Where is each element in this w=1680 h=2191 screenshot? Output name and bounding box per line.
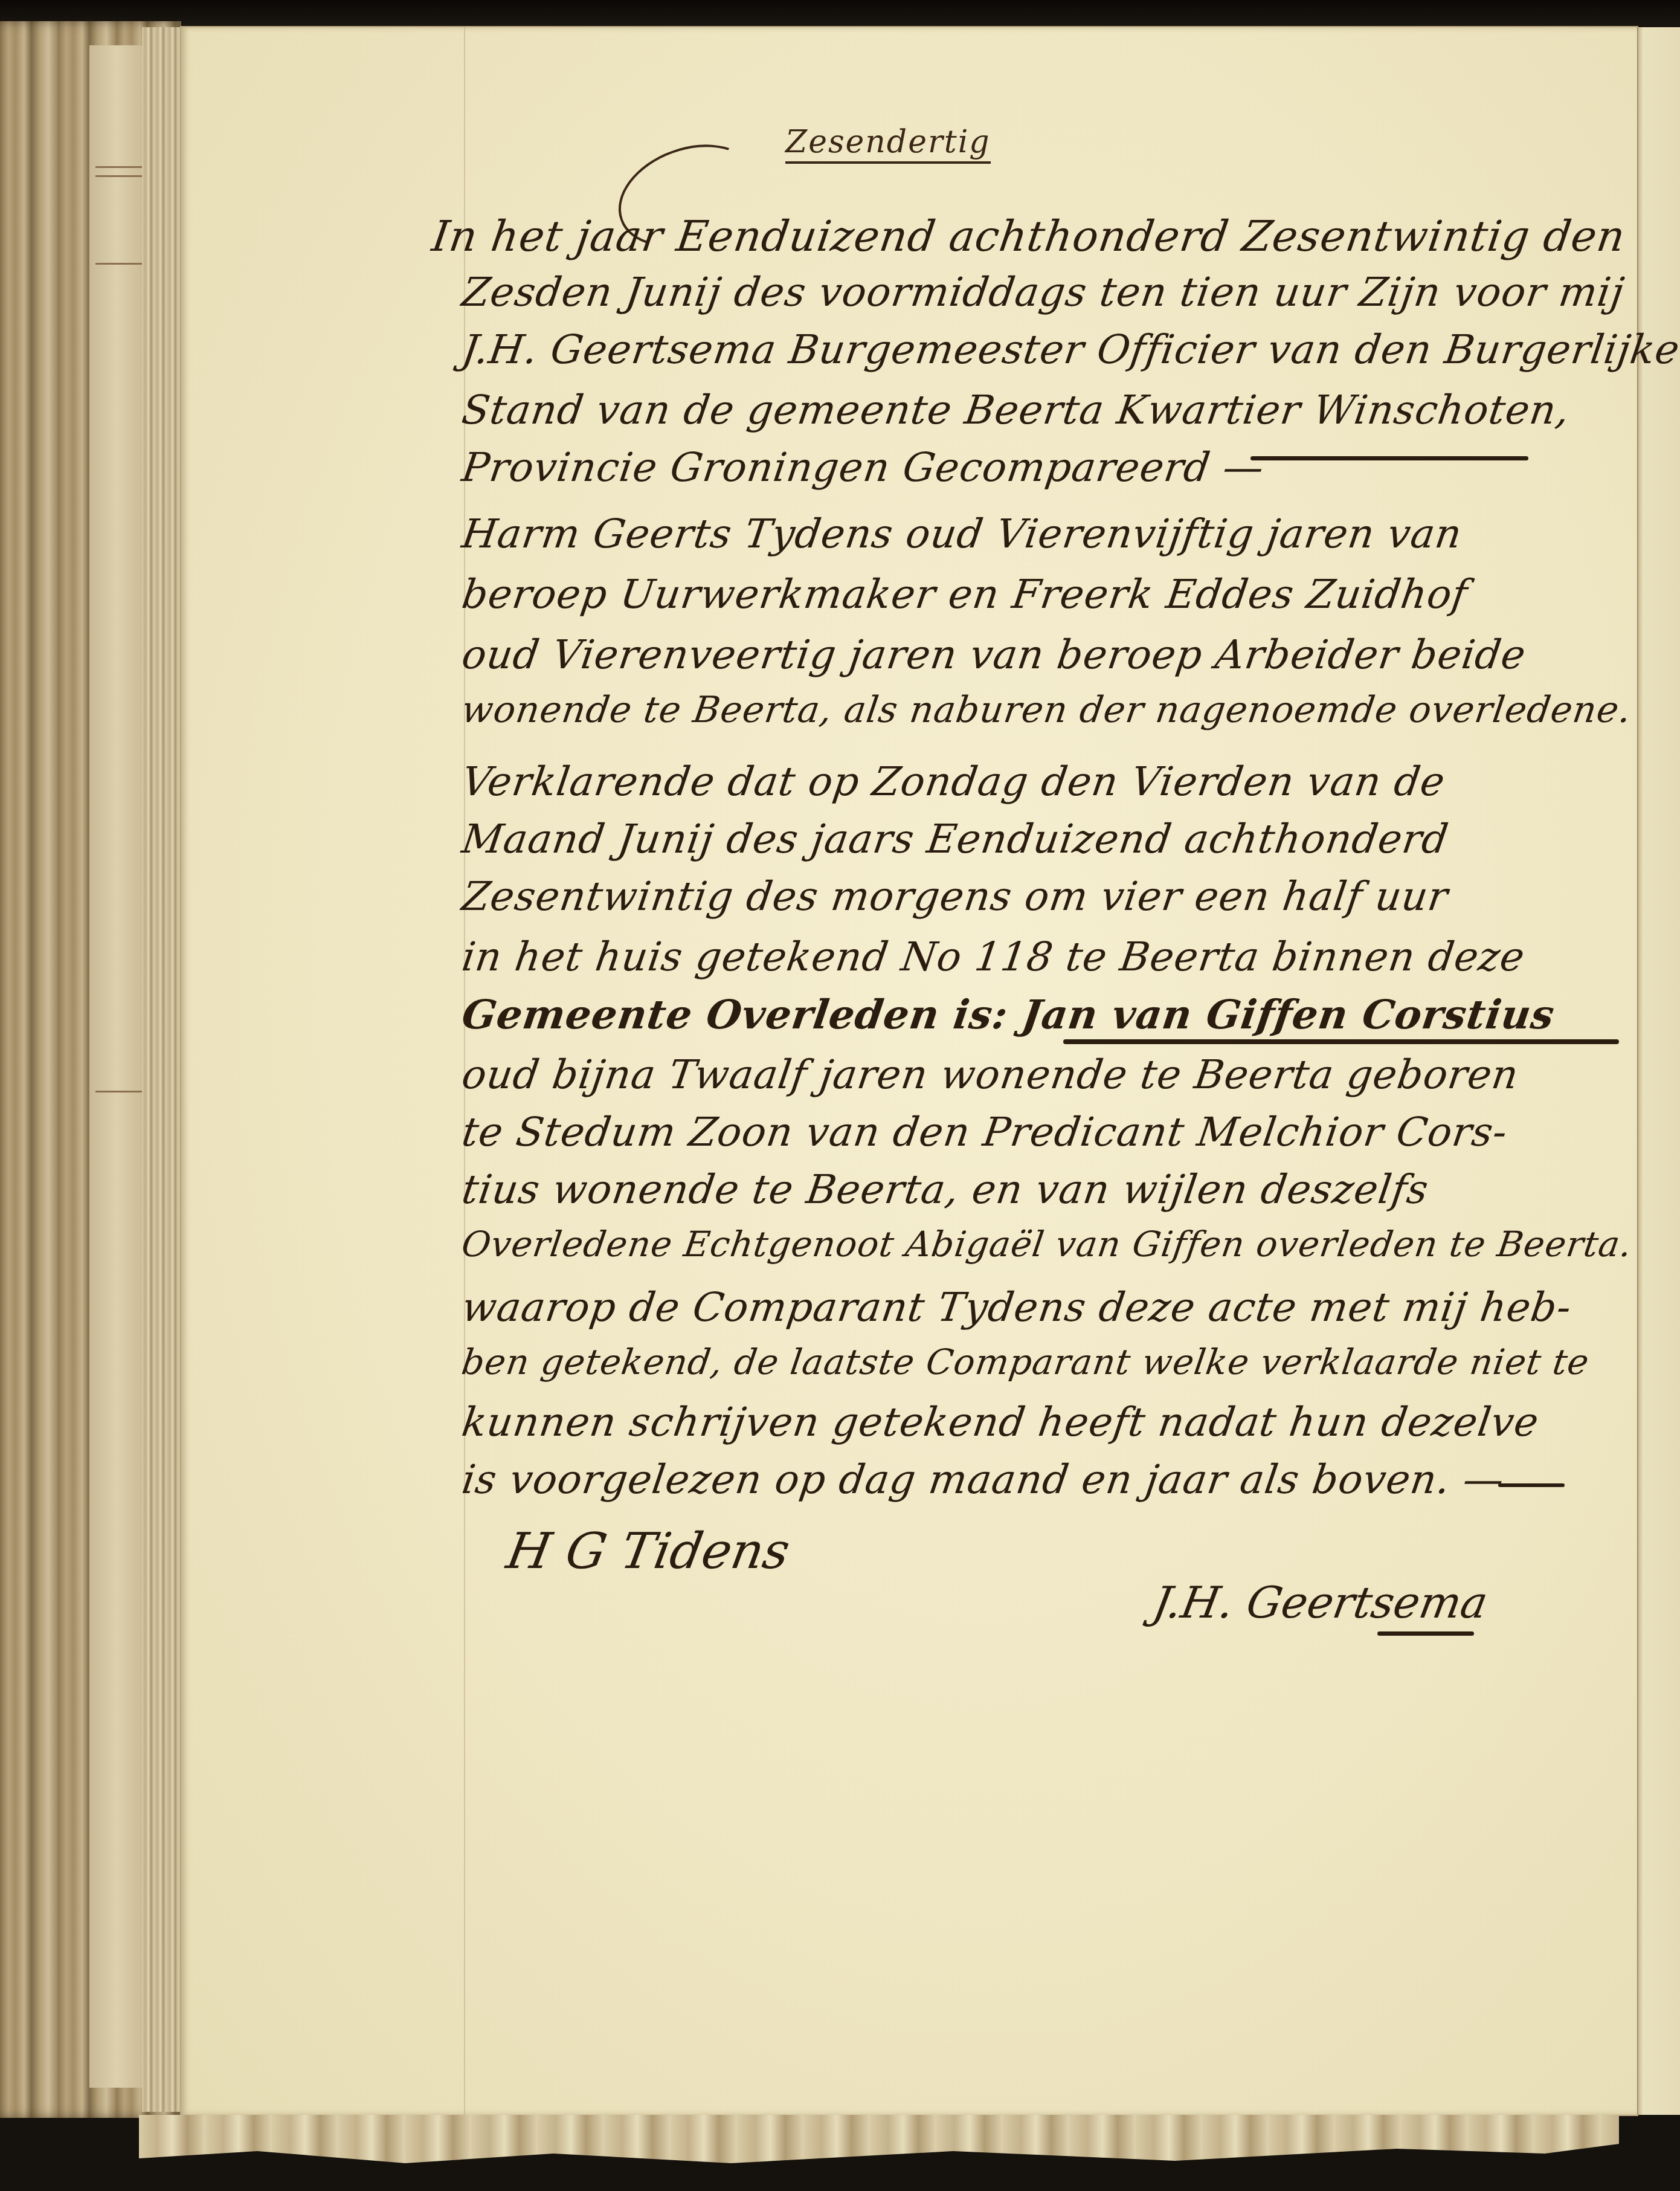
text-line-16: te Stedum Zoon van den Predicant Melchio… bbox=[459, 1109, 1510, 1155]
official-signature: J.H. Geertsema bbox=[1150, 1577, 1492, 1628]
text-line-17: tius wonende te Beerta, en van wijlen de… bbox=[459, 1166, 1432, 1213]
entry-number-heading: Zesendertig bbox=[785, 124, 991, 164]
text-line-4: Stand van de gemeente Beerta Kwartier Wi… bbox=[459, 387, 1573, 433]
text-line-21: kunnen schrijven getekend heeft nadat hu… bbox=[459, 1399, 1542, 1445]
page-edge-line bbox=[95, 263, 146, 265]
text-line-5: Provincie Groningen Gecompareerd — bbox=[459, 444, 1267, 491]
page-edge-line bbox=[95, 1091, 146, 1092]
binding-gutter bbox=[142, 27, 184, 2112]
closing-dash bbox=[1498, 1483, 1565, 1487]
text-line-7: beroep Uurwerkmaker en Freerk Eddes Zuid… bbox=[459, 571, 1471, 618]
text-line-19: waarop de Comparant Tydens deze acte met… bbox=[459, 1284, 1575, 1331]
text-line-13: in het huis getekend No 118 te Beerta bi… bbox=[459, 934, 1528, 980]
text-line-3: J.H. Geertsema Burgemeester Officier van… bbox=[459, 326, 1680, 373]
text-line-8: oud Vierenveertig jaren van beroep Arbei… bbox=[459, 631, 1529, 678]
text-line-6: Harm Geerts Tydens oud Vierenvijftig jar… bbox=[459, 511, 1465, 557]
scanner-background bbox=[0, 0, 1680, 30]
text-line-2: Zesden Junij des voormiddags ten tien uu… bbox=[459, 269, 1627, 315]
text-line-10: Verklarende dat op Zondag den Vierden va… bbox=[459, 758, 1448, 805]
line-fill-dash bbox=[1250, 456, 1528, 460]
text-line-20: ben getekend, de laatste Comparant welke… bbox=[459, 1341, 1592, 1383]
deceased-name-underline bbox=[1063, 1039, 1619, 1044]
page-edge-line bbox=[95, 166, 146, 168]
text-line-18: Overledene Echtgenoot Abigaël van Giffen… bbox=[459, 1224, 1635, 1265]
text-line-11: Maand Junij des jaars Eenduizend achthon… bbox=[459, 816, 1452, 862]
text-line-15: oud bijna Twaalf jaren wonende te Beerta… bbox=[459, 1051, 1522, 1098]
official-signature-underline bbox=[1377, 1631, 1474, 1636]
page-edge-line bbox=[95, 175, 146, 177]
text-line-14: Gemeente Overleden is: Jan van Giffen Co… bbox=[459, 991, 1557, 1038]
text-line-9: wonende te Beerta, als naburen der nagen… bbox=[459, 689, 1634, 731]
text-line-1: In het jaar Eenduizend achthonderd Zesen… bbox=[429, 211, 1629, 261]
witness-signature: H G Tidens bbox=[503, 1523, 794, 1580]
frayed-bottom-edge bbox=[139, 2115, 1619, 2163]
text-line-12: Zesentwintig des morgens om vier een hal… bbox=[459, 873, 1451, 920]
text-line-22: is voorgelezen op dag maand en jaar als … bbox=[459, 1456, 1507, 1503]
